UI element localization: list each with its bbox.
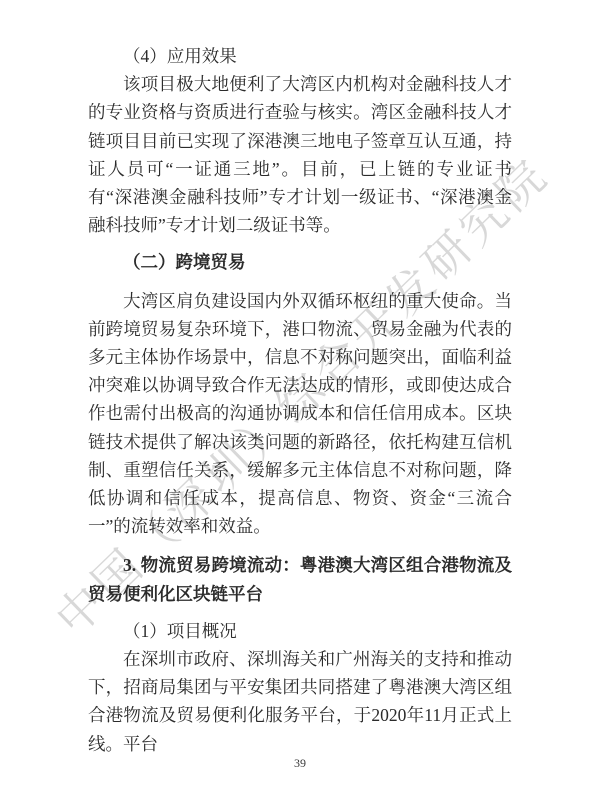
para-heading-application-effect: （4）应用效果 bbox=[88, 42, 512, 70]
paragraph-project-overview: 在深圳市政府、深圳海关和广州海关的支持和推动下，招商局集团与平安集团共同搭建了粤… bbox=[88, 645, 512, 758]
document-page: 中国（深圳）综合开发研究院 （4）应用效果 该项目极大地便利了大湾区内机构对金融… bbox=[0, 0, 600, 788]
subsection-heading-logistics-platform: 3. 物流贸易跨境流动：粤港澳大湾区组合港物流及贸易便利化区块链平台 bbox=[88, 551, 512, 607]
section-heading-cross-border-trade: （二）跨境贸易 bbox=[88, 248, 512, 276]
document-body: （4）应用效果 该项目极大地便利了大湾区内机构对金融科技人才的专业资格与资质进行… bbox=[88, 42, 512, 758]
para-heading-project-overview: （1）项目概况 bbox=[88, 617, 512, 645]
paragraph-application-effect: 该项目极大地便利了大湾区内机构对金融科技人才的专业资格与资质进行查验与核实。湾区… bbox=[88, 70, 512, 239]
paragraph-cross-border-trade: 大湾区肩负建设国内外双循环枢纽的重大使命。当前跨境贸易复杂环境下，港口物流、贸易… bbox=[88, 287, 512, 541]
page-number: 39 bbox=[0, 756, 600, 771]
